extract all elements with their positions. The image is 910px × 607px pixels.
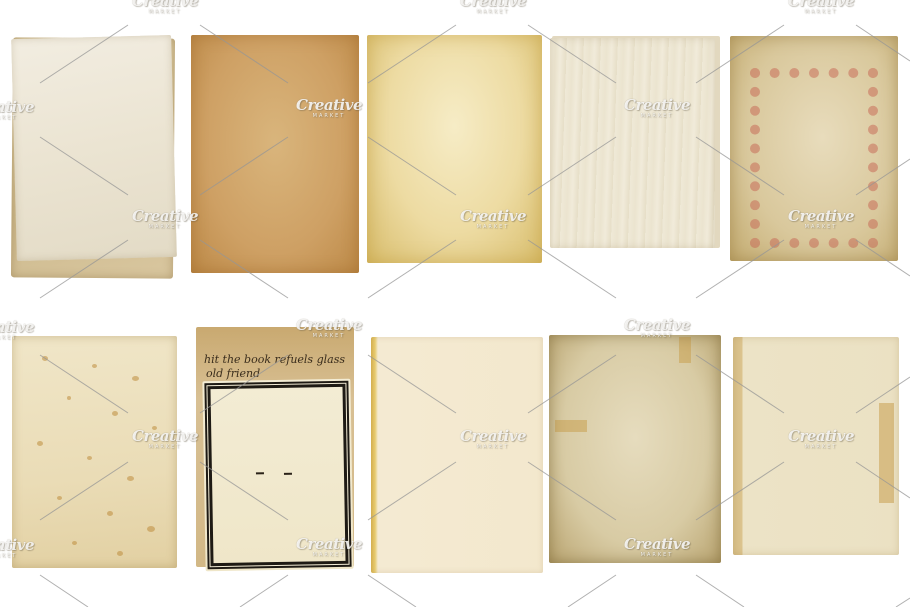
image-canvas: hit the book refuels glass old friend xyxy=(0,0,910,607)
watermark: CreativeMARKET xyxy=(458,0,528,15)
paper-4 xyxy=(550,38,715,248)
paper-6 xyxy=(12,336,177,568)
paper-5 xyxy=(730,36,898,261)
handwriting-line-1: hit the book refuels glass xyxy=(204,353,345,366)
paper-1 xyxy=(11,35,177,261)
watermark: CreativeMARKET xyxy=(130,0,200,15)
paper-3 xyxy=(367,35,542,263)
paper-8 xyxy=(371,337,543,573)
paper-9 xyxy=(549,335,721,563)
black-frame xyxy=(207,384,348,566)
paper-2 xyxy=(191,35,359,273)
handwriting-line-2: old friend xyxy=(206,367,260,380)
framed-card xyxy=(202,379,353,572)
watermark: CreativeMARKET xyxy=(786,0,856,15)
paper-10 xyxy=(733,337,899,555)
